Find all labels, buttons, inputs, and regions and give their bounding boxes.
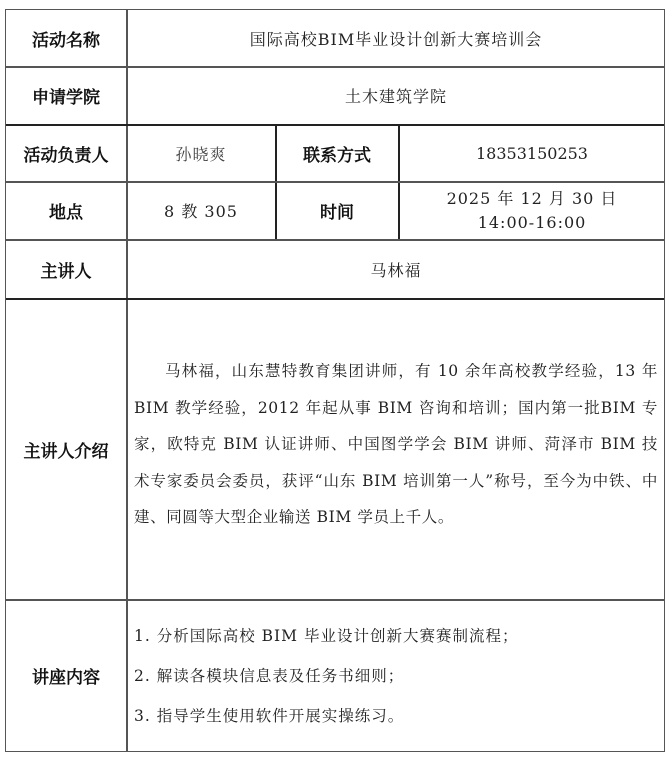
lecture-item: 1. 分析国际高校 BIM 毕业设计创新大赛赛制流程； — [134, 616, 665, 656]
contact-label: 联系方式 — [276, 125, 398, 181]
college-label: 申请学院 — [6, 67, 126, 124]
college-value: 土木建筑学院 — [127, 67, 665, 124]
lecture-item: 3. 指导学生使用软件开展实操练习。 — [134, 696, 665, 736]
organizer-label: 活动负责人 — [6, 125, 126, 181]
activity-info-table: 活动名称 国际高校BIM毕业设计创新大赛培训会 申请学院 土木建筑学院 活动负责… — [5, 9, 665, 752]
time-label: 时间 — [276, 182, 398, 239]
lecture-content-list: 1. 分析国际高校 BIM 毕业设计创新大赛赛制流程； 2. 解读各模块信息表及… — [127, 616, 665, 736]
location-value: 8 教 305 — [127, 182, 275, 239]
time-value: 2025 年 12 月 30 日 14:00-16:00 — [399, 182, 665, 239]
location-label: 地点 — [6, 182, 126, 239]
organizer-value: 孙晓爽 — [127, 125, 275, 181]
speaker-label: 主讲人 — [6, 240, 126, 298]
speaker-intro-label: 主讲人介绍 — [6, 299, 126, 599]
contact-value: 18353150253 — [399, 125, 665, 181]
lecture-item: 2. 解读各模块信息表及任务书细则； — [134, 656, 665, 696]
activity-name-value: 国际高校BIM毕业设计创新大赛培训会 — [127, 10, 665, 66]
time-hours: 14:00-16:00 — [478, 211, 587, 235]
activity-name-label: 活动名称 — [6, 10, 126, 66]
speaker-intro-text: 马林福，山东慧特教育集团讲师，有 10 余年高校教学经验，13 年 BIM 教学… — [127, 353, 665, 536]
lecture-content-label: 讲座内容 — [6, 600, 126, 751]
speaker-value: 马林福 — [127, 240, 665, 298]
speaker-intro-paragraph: 马林福，山东慧特教育集团讲师，有 10 余年高校教学经验，13 年 BIM 教学… — [134, 353, 658, 536]
time-date: 2025 年 12 月 30 日 — [447, 187, 618, 211]
